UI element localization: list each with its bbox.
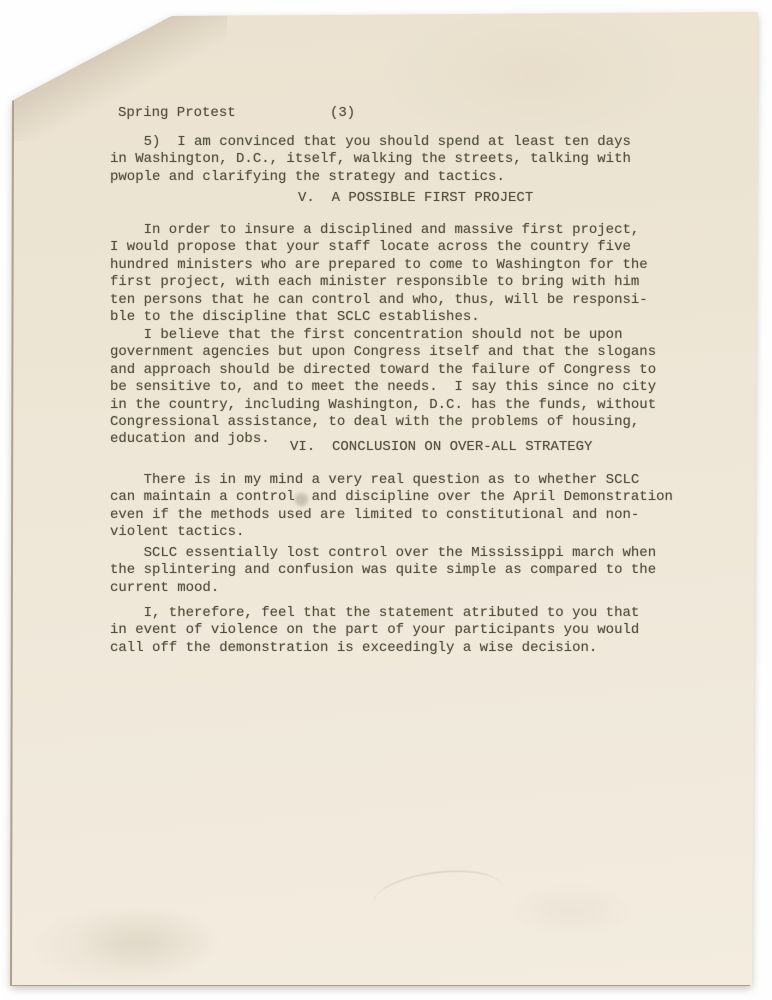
paragraph-mississippi-march: SCLC essentially lost control over the M… <box>110 545 656 597</box>
document-paper: Spring Protest (3) 5) I am convinced tha… <box>12 6 760 986</box>
paragraph-wise-decision: I, therefore, feel that the statement at… <box>110 605 639 657</box>
paragraph-congress-focus: I believe that the first concentration s… <box>110 327 656 449</box>
document-paper-wrap: Spring Protest (3) 5) I am convinced tha… <box>0 0 772 1000</box>
document-title: Spring Protest <box>118 105 236 122</box>
paper-scratch-mark <box>371 864 503 903</box>
paragraph-item-5: 5) I am convinced that you should spend … <box>110 134 631 186</box>
section-heading-vi: VI. CONCLUSION ON OVER-ALL STRATEGY <box>290 439 592 456</box>
paragraph-control-question: There is in my mind a very real question… <box>110 472 673 542</box>
page-number: (3) <box>330 105 355 122</box>
paper-crease-mark <box>72 906 222 976</box>
section-heading-v: V. A POSSIBLE FIRST PROJECT <box>298 190 533 207</box>
scan-background: Spring Protest (3) 5) I am convinced tha… <box>0 0 772 1000</box>
ink-smudge <box>295 493 308 506</box>
paragraph-first-project: In order to insure a disciplined and mas… <box>110 222 648 326</box>
